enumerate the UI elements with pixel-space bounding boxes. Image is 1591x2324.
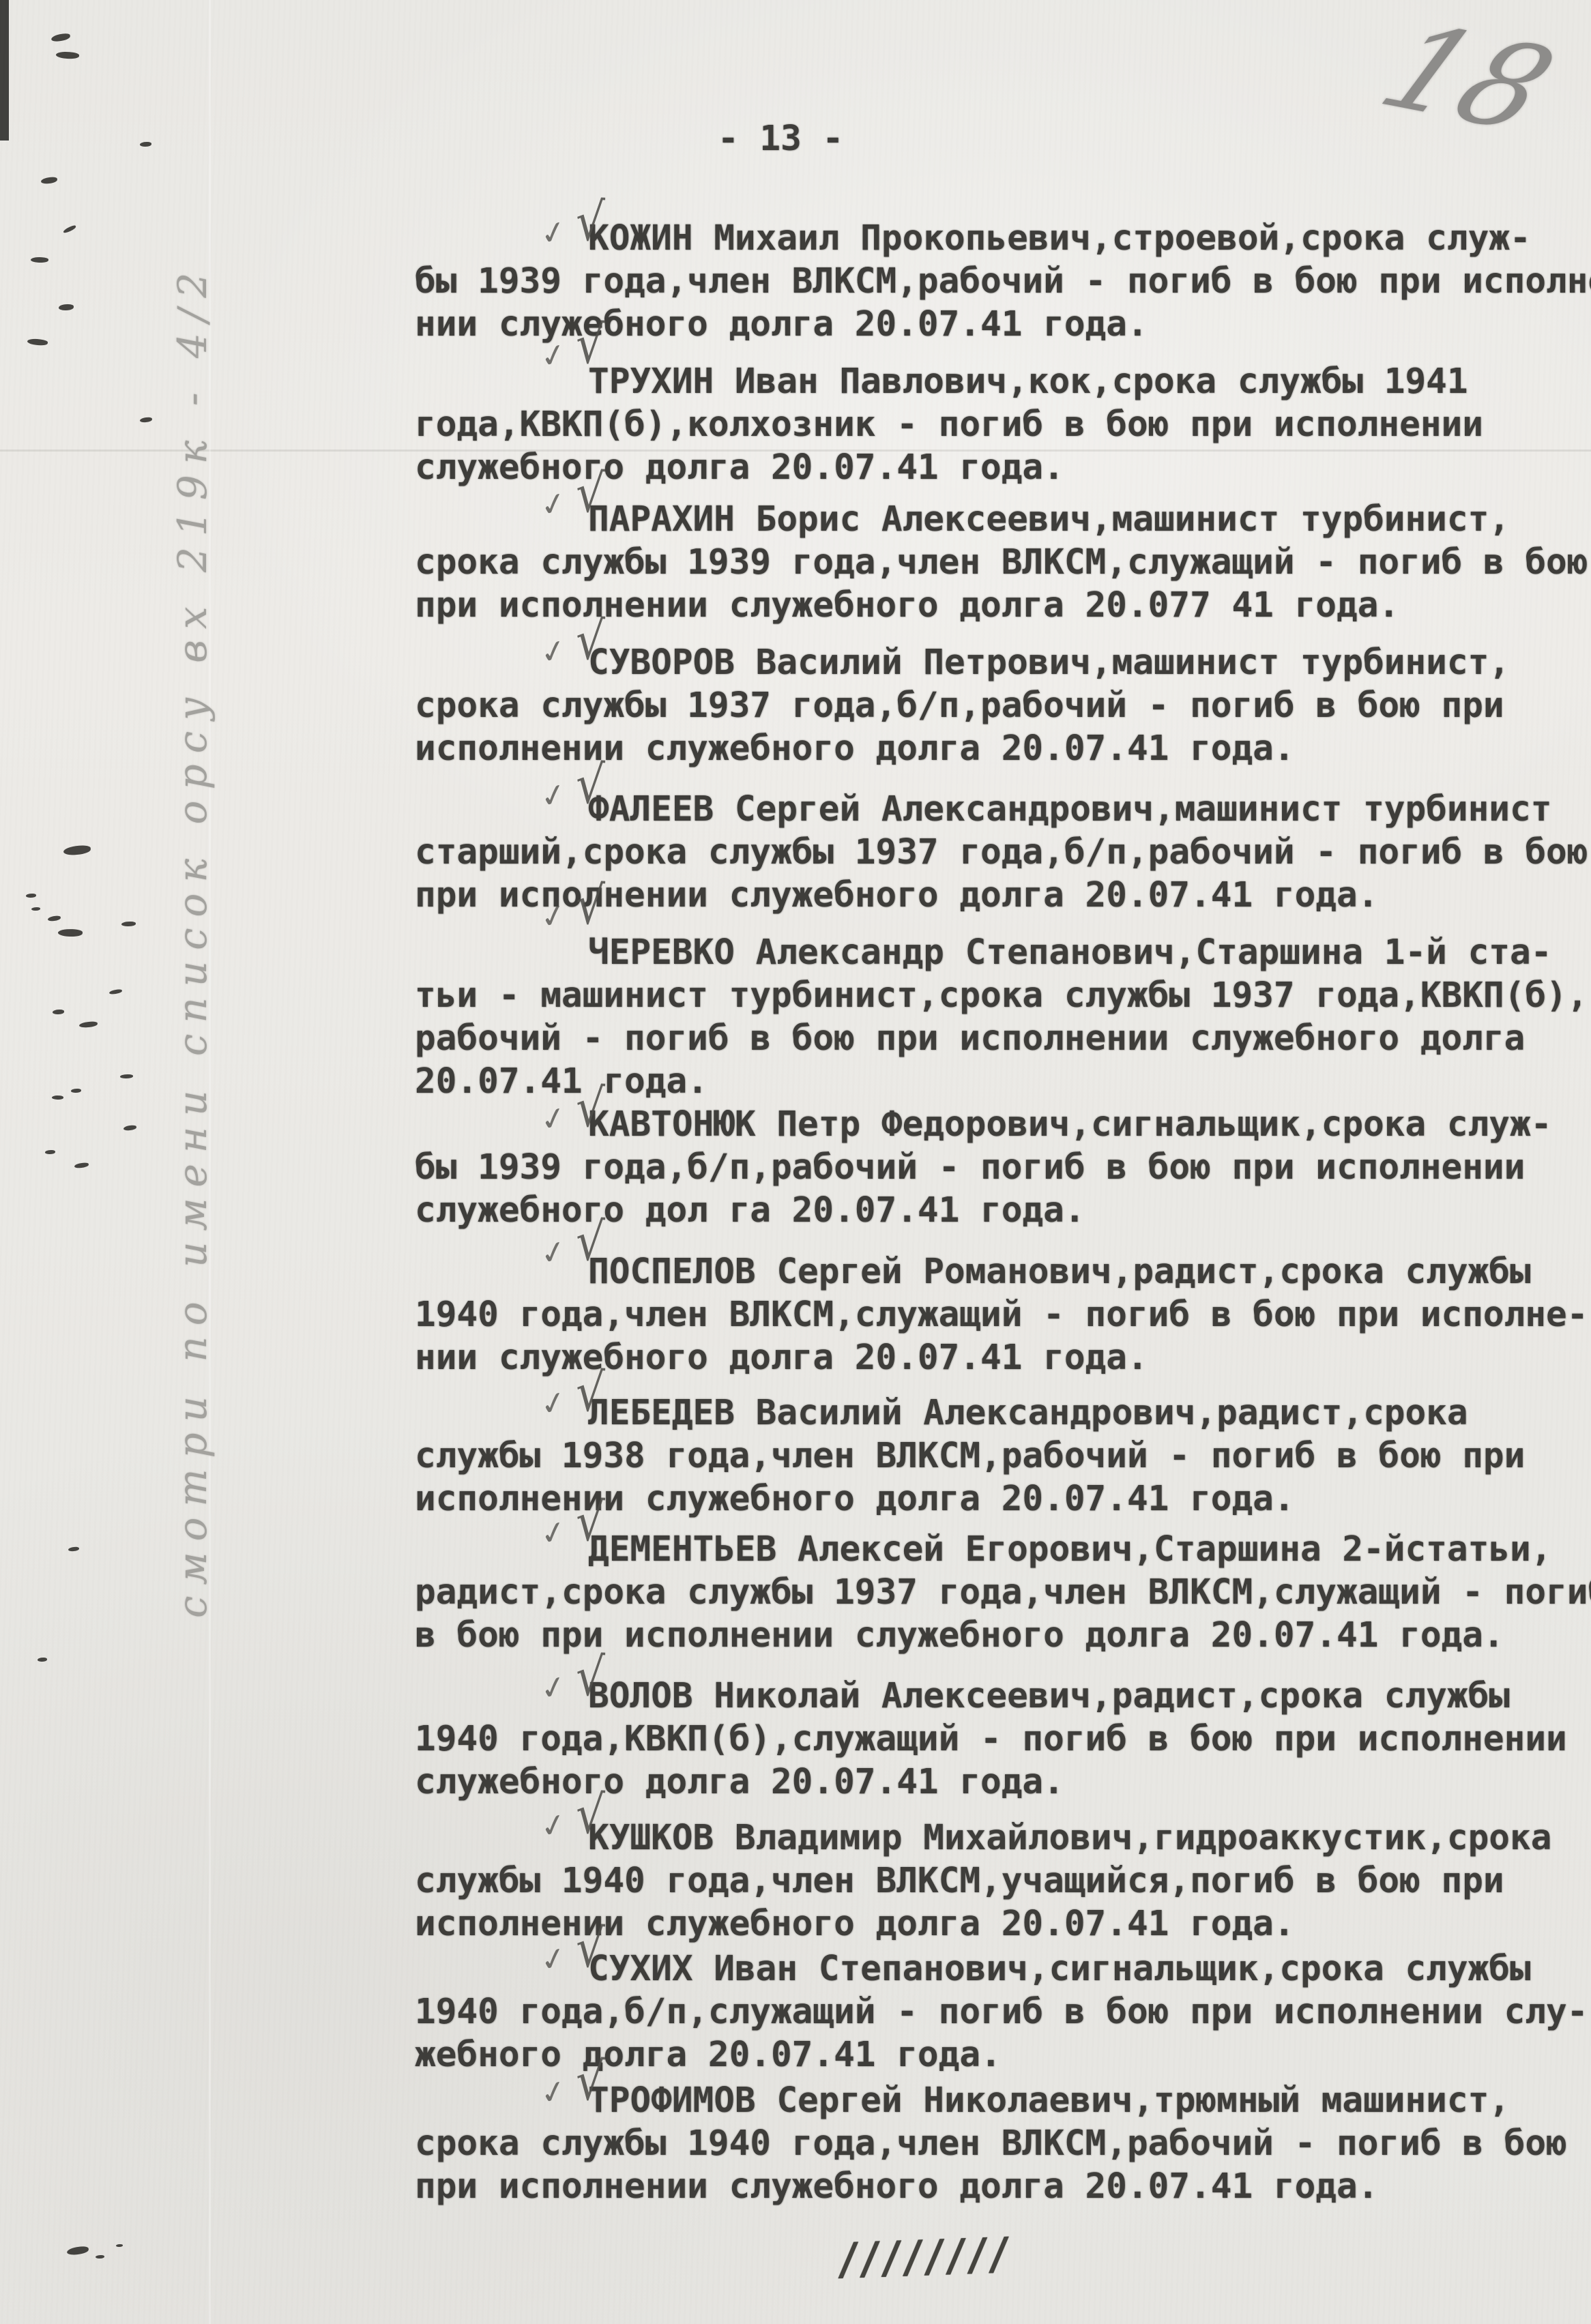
- ink-speck: [38, 1658, 47, 1662]
- entry-line: ТРОФИМОВ Сергей Николаевич,трюмный машин…: [588, 2080, 1510, 2121]
- ink-speck: [140, 417, 152, 422]
- check-mark-icon: √: [575, 1651, 605, 1703]
- ink-speck: [59, 304, 74, 310]
- ink-speck: [71, 1089, 81, 1093]
- entry-line: бы 1939 года,б/п,рабочий - погиб в бою п…: [415, 1147, 1525, 1188]
- ink-speck: [27, 338, 48, 347]
- entry-line: ВОЛОВ Николай Алексеевич,радист,срока сл…: [588, 1676, 1510, 1716]
- entry-line: ПАРАХИН Борис Алексеевич,машинист турбин…: [588, 499, 1510, 540]
- entry-line: ЛЕБЕДЕВ Василий Александрович,радист,сро…: [588, 1393, 1468, 1433]
- check-mark-icon: ✓: [536, 1229, 571, 1277]
- entry-line: служебного дол га 20.07.41 года.: [415, 1190, 1085, 1231]
- check-mark-icon: √: [575, 879, 605, 931]
- ink-speck: [74, 1162, 89, 1168]
- entry-line: КОЖИН Михаил Прокопьевич,строевой,срока …: [588, 218, 1531, 259]
- entry-line: ДЕМЕНТЬЕВ Алексей Егорович,Старшина 2-йс…: [588, 1529, 1551, 1570]
- entry-line: КУШКОВ Владимир Михайлович,гидроаккустик…: [588, 1818, 1551, 1858]
- margin-handwritten-note: смотри по имени список орсу вх 219к - 4/…: [169, 281, 216, 1618]
- check-mark-icon: √: [575, 1789, 605, 1840]
- ink-speck: [58, 928, 83, 937]
- check-mark-icon: ✓: [536, 1802, 571, 1850]
- check-mark-icon: √: [575, 1496, 605, 1548]
- check-mark-icon: ✓: [536, 1664, 571, 1712]
- entry-line: срока службы 1940 года,член ВЛКСМ,рабочи…: [415, 2123, 1567, 2164]
- ink-speck: [79, 1021, 98, 1028]
- entry-line: при исполнении служебного долга 20.077 4…: [415, 585, 1399, 626]
- ink-speck: [52, 1095, 63, 1100]
- entry-line: срока службы 1937 года,б/п,рабочий - пог…: [415, 686, 1504, 726]
- check-mark-icon: ✓: [536, 209, 571, 257]
- check-mark-icon: ✓: [536, 772, 571, 820]
- entry-line: старший,срока службы 1937 года,б/п,рабоч…: [415, 832, 1588, 872]
- entry-line: бы 1939 года,член ВЛКСМ,рабочий - погиб …: [415, 261, 1591, 301]
- ink-speck: [67, 2246, 89, 2255]
- entry-line: ЧЕРЕВКО Александр Степанович,Старшина 1-…: [588, 932, 1551, 973]
- ink-speck: [41, 177, 58, 184]
- ink-speck: [53, 1010, 64, 1014]
- casualty-entry: ✓√ПОСПЕЛОВ Сергей Романович,радист,срока…: [415, 1250, 1591, 1379]
- entry-line: срока службы 1939 года,член ВЛКСМ,служащ…: [415, 542, 1588, 583]
- ink-speck: [96, 2255, 104, 2259]
- check-mark-icon: √: [575, 759, 605, 810]
- entry-line: нии служебного долга 20.07.41 года.: [415, 1338, 1148, 1378]
- document-page: 18 - 13 - смотри по имени список орсу вх…: [0, 0, 1591, 2324]
- ink-speck: [31, 907, 40, 911]
- entry-line: ПОСПЕЛОВ Сергей Романович,радист,срока с…: [588, 1252, 1531, 1292]
- ink-speck: [120, 1074, 133, 1078]
- ink-speck: [26, 894, 36, 898]
- ink-speck: [45, 1150, 55, 1154]
- ink-speck: [121, 922, 136, 926]
- ink-speck: [50, 33, 70, 42]
- entry-line: года,КВКП(б),колхозник - погиб в бою при…: [415, 405, 1483, 445]
- check-mark-icon: ✓: [536, 1095, 571, 1143]
- ink-speck: [68, 1546, 79, 1551]
- ink-speck: [56, 51, 80, 60]
- check-mark-icon: √: [575, 319, 605, 370]
- entry-line: исполнении служебного долга 20.07.41 год…: [415, 1904, 1295, 1944]
- check-mark-icon: ✓: [536, 628, 571, 676]
- casualty-entry: ✓√СУВОРОВ Василий Петрович,машинист турб…: [415, 641, 1591, 770]
- check-mark-icon: √: [575, 1922, 605, 1974]
- entry-line: СУВОРОВ Василий Петрович,машинист турбин…: [588, 643, 1510, 683]
- ink-speck: [123, 1125, 137, 1131]
- check-mark-icon: √: [575, 615, 605, 666]
- check-mark-icon: √: [575, 1082, 605, 1134]
- ink-speck: [116, 2244, 123, 2247]
- entry-line: СУХИХ Иван Степанович,сигнальщик,срока с…: [588, 1949, 1531, 1989]
- footer-slashes: ////////: [834, 2229, 1008, 2286]
- entry-line: нии служебного долга 20.07.41 года.: [415, 304, 1148, 344]
- entry-line: службы 1938 года,член ВЛКСМ,рабочий - по…: [415, 1436, 1525, 1476]
- handwritten-sheet-number: 18: [1360, 0, 1574, 157]
- entry-line: радист,срока службы 1937 года,член ВЛКСМ…: [415, 1572, 1591, 1613]
- casualty-entry: ✓√ТРОФИМОВ Сергей Николаевич,трюмный маш…: [415, 2079, 1591, 2208]
- check-mark-icon: ✓: [536, 1380, 571, 1428]
- typed-page-number: - 13 -: [718, 117, 843, 160]
- entry-line: рабочий - погиб в бою при исполнении слу…: [415, 1018, 1525, 1059]
- check-mark-icon: √: [575, 2055, 605, 2107]
- casualty-entry: ✓√ДЕМЕНТЬЕВ Алексей Егорович,Старшина 2-…: [415, 1528, 1591, 1657]
- entry-line: 1940 года,член ВЛКСМ,служащий - погиб в …: [415, 1295, 1588, 1335]
- entry-line: КАВТОНЮК Петр Федорович,сигнальщик,срока…: [588, 1104, 1551, 1145]
- entry-line: ТРУХИН Иван Павлович,кок,срока службы 19…: [588, 362, 1468, 402]
- entry-line: служебного долга 20.07.41 года.: [415, 1762, 1064, 1802]
- check-mark-icon: √: [575, 196, 605, 248]
- entry-line: исполнении служебного долга 20.07.41 год…: [415, 729, 1295, 769]
- entry-line: при исполнении служебного долга 20.07.41…: [415, 2166, 1378, 2207]
- ink-speck: [140, 142, 151, 147]
- entry-line: жебного долга 20.07.41 года.: [415, 2035, 1002, 2075]
- entry-line: 1940 года,б/п,служащий - погиб в бою при…: [415, 1992, 1588, 2032]
- entry-line: служебного долга 20.07.41 года.: [415, 447, 1064, 488]
- check-mark-icon: √: [575, 1216, 605, 1267]
- check-mark-icon: √: [575, 467, 605, 519]
- entry-line: тьи - машинист турбинист,срока службы 19…: [415, 975, 1588, 1016]
- entry-line: ФАЛЕЕВ Сергей Александрович,машинист тур…: [588, 789, 1551, 829]
- ink-speck: [48, 915, 61, 922]
- ink-speck: [109, 989, 123, 995]
- ink-speck: [63, 224, 77, 234]
- ink-speck: [63, 845, 91, 856]
- entry-line: 1940 года,КВКП(б),служащий - погиб в бою…: [415, 1719, 1567, 1759]
- ink-speck: [31, 256, 48, 263]
- entry-line: службы 1940 года,член ВЛКСМ,учащийся,пог…: [415, 1861, 1504, 1901]
- scan-corner-artifact: [0, 0, 9, 141]
- check-mark-icon: √: [575, 1366, 605, 1418]
- casualty-entry: ✓√ПАРАХИН Борис Алексеевич,машинист турб…: [415, 498, 1591, 627]
